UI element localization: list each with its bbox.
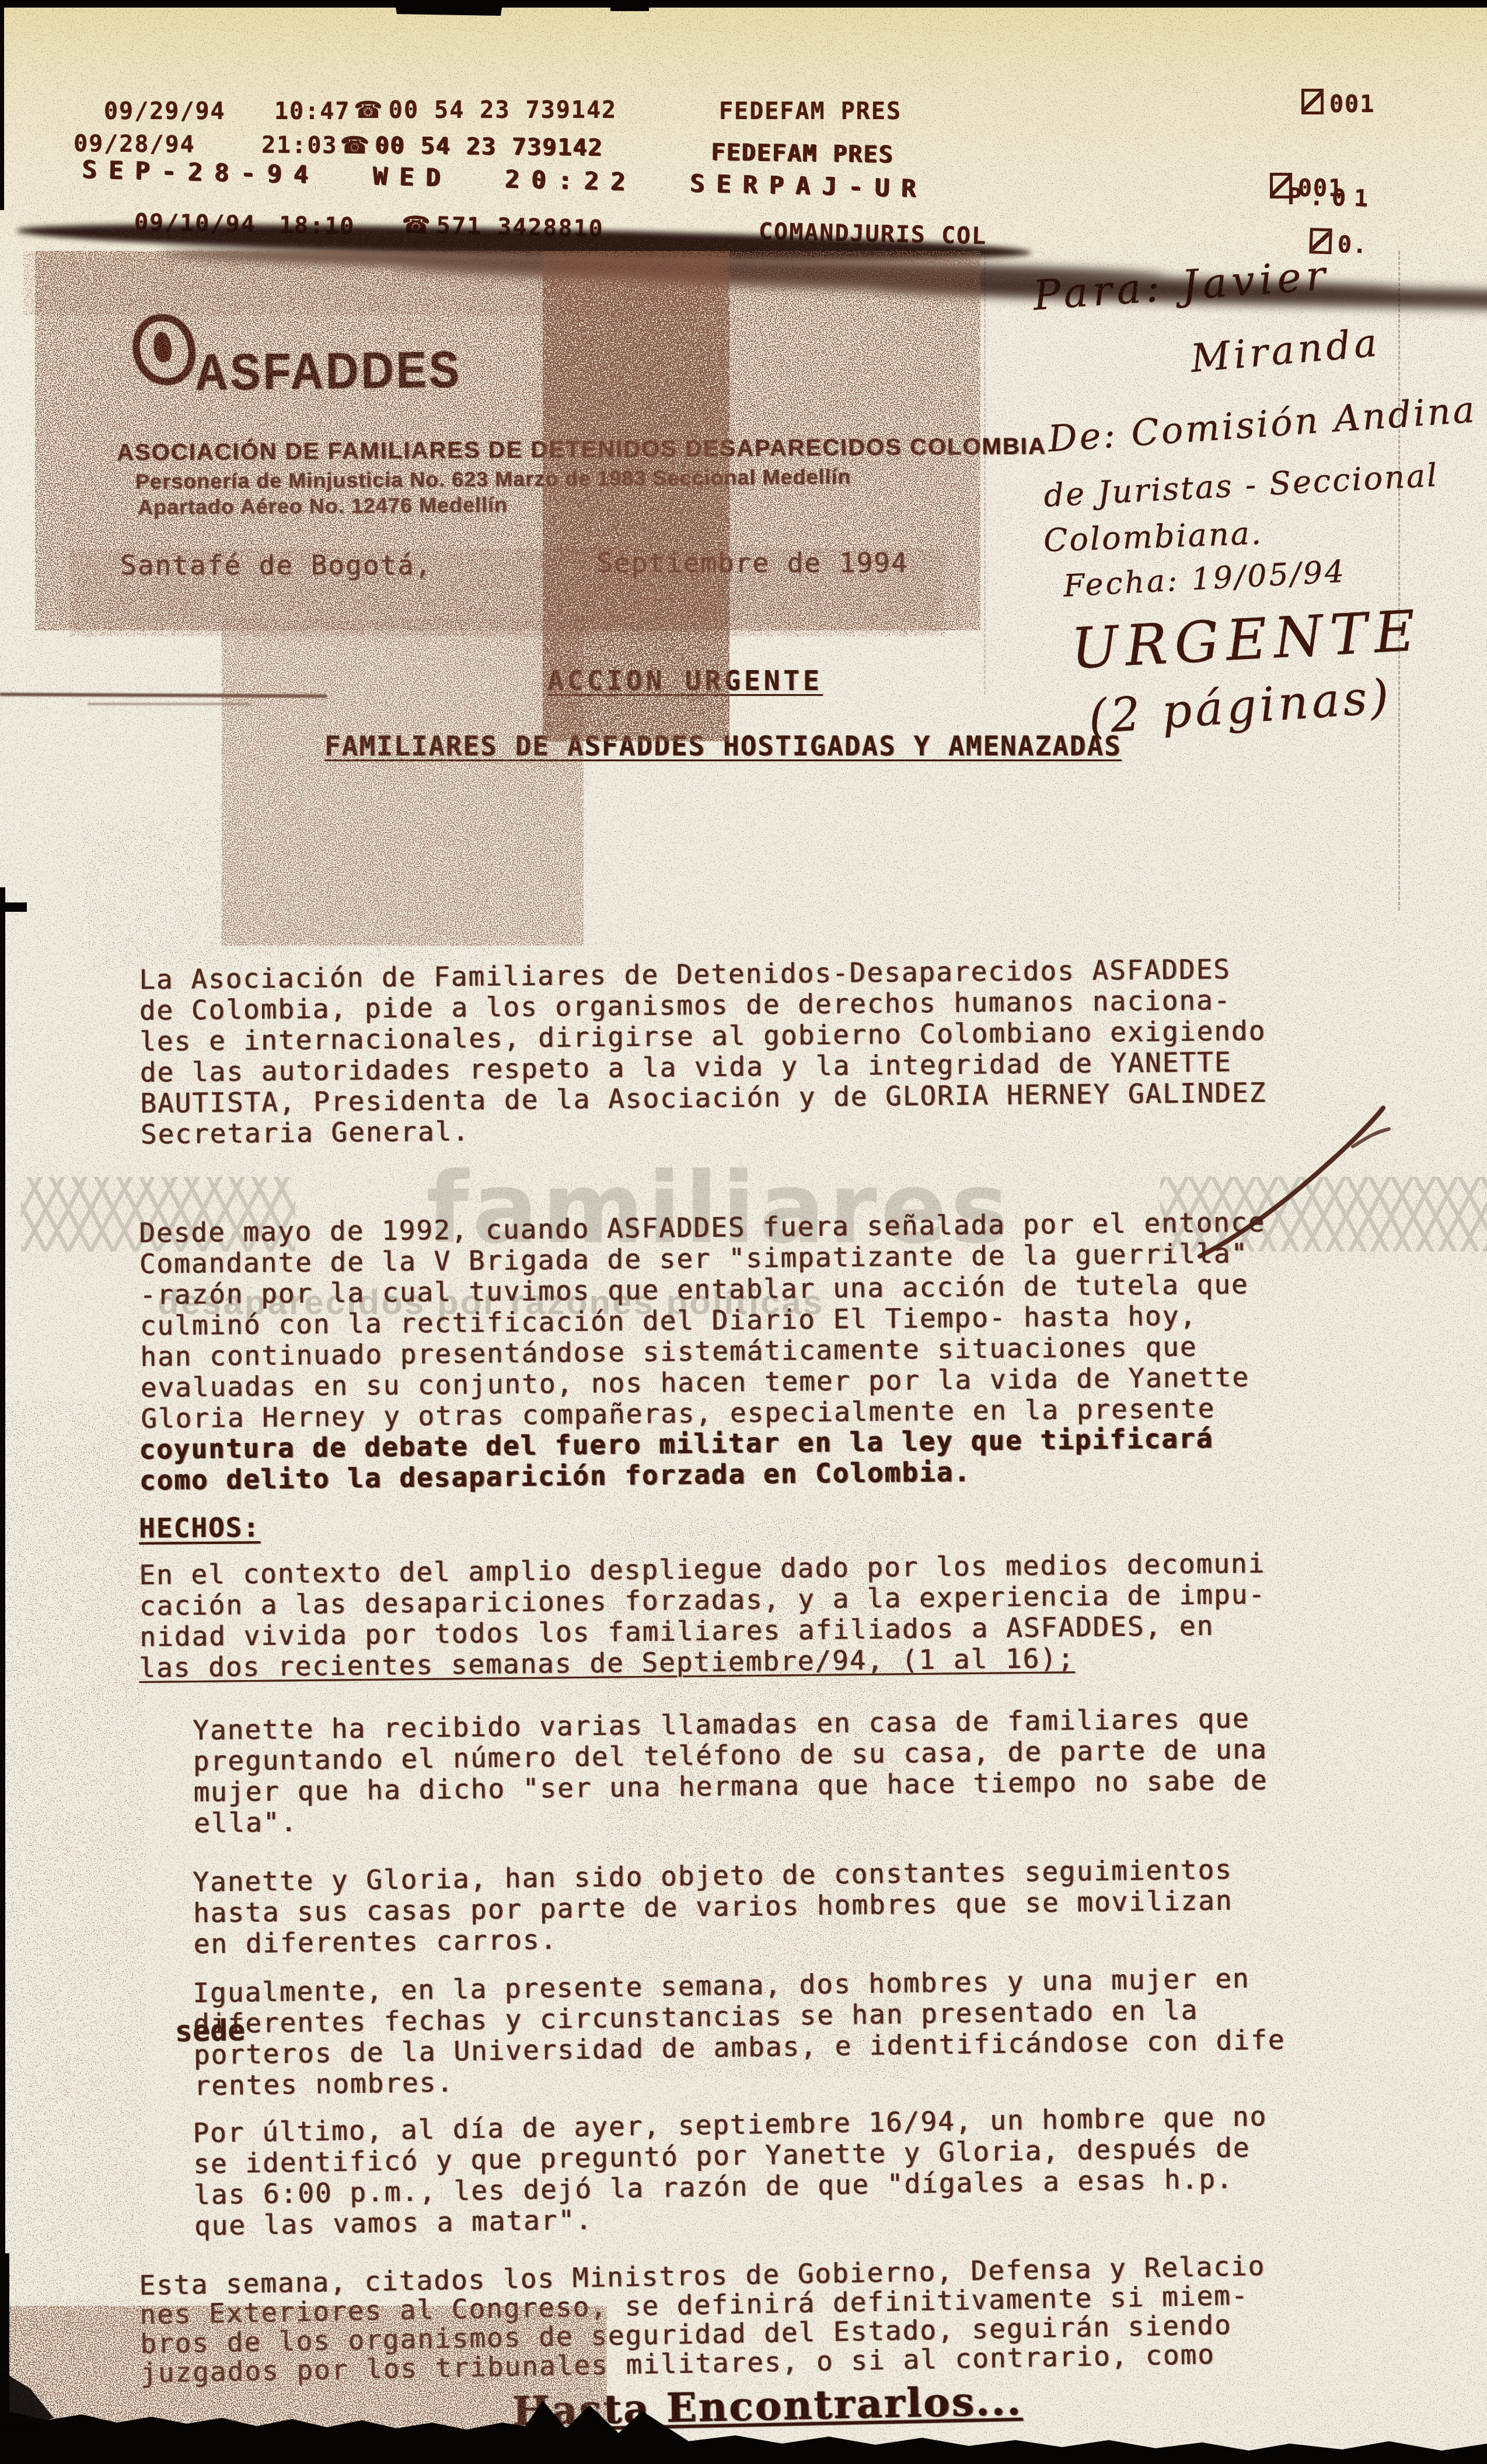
asfaddes-emblem-icon [129,311,199,389]
scan-edge-left [0,902,27,912]
note-sender-3: Colombiana. [1043,514,1263,559]
fax-document-page: 09/29/94 10:47 ☎00 54 23 739142 FEDEFAM … [0,0,1487,2464]
fax-time-2: 21:03 [261,131,338,159]
note-recipient: Para: Javier [1032,251,1332,319]
scan-streak [88,703,251,705]
note-urgent: URGENTE [1069,598,1423,681]
scan-edge-top [0,0,1487,8]
paragraph-context: En el contexto del amplio despliegue dad… [139,1548,1266,1653]
ghost-overprint-word: sede [175,2013,246,2048]
note-date: Fecha: 19/05/94 [1063,554,1348,604]
org-name: ASFADDES [195,340,462,402]
pen-stroke [1353,1129,1389,1146]
fax-phone-1: ☎00 54 23 739142 [354,97,617,124]
scan-streak [0,693,327,698]
section-heading-hechos: HECHOS: [139,1512,260,1544]
slogan: Hasta Encontrarlos... [512,2378,1022,2435]
phone-icon: ☎ [340,132,370,159]
paragraph-background: Desde mayo de 1992, cuando ASFADDES fuer… [139,1207,1268,1434]
phone-icon: ☎ [354,97,384,124]
org-subtitle-2: Personería de Minjusticia No. 623 Marzo … [135,465,851,494]
dateline-date: Septiembre de 1994 [596,548,909,578]
scan-edge-blob [0,2370,54,2430]
note-sender: De: Comisión Andina [1046,388,1478,460]
document-title: ACCION URGENTE [547,665,823,696]
incident-item-1: Yanette ha recibido varias llamadas en c… [193,1703,1268,1839]
fax-phone-number-1: 00 54 23 739142 [389,97,617,124]
note-recipient-2: Miranda [1189,320,1382,381]
incident-item-3: Igualmente, en la presente semana, dos h… [193,1963,1286,2101]
note-page-count: (2 páginas) [1087,669,1394,744]
paragraph-closing: Esta semana, citados los Ministros de Go… [139,2251,1267,2388]
fax-time-1: 10:47 [274,98,350,125]
scan-edge-left [0,0,4,210]
page-count-icon [1301,89,1324,114]
fax-phone-number-2: 00 54 23 739142 [375,132,603,161]
note-sender-2: de Juristas - Seccional [1043,456,1440,514]
fax-station-1: FEDEFAM PRES [719,98,902,125]
fax-date-1: 09/29/94 [104,98,226,125]
paragraph-background-bold: coyuntura de debate del fuero militar en… [139,1423,1214,1496]
dateline-city: Santafé de Bogotá, [120,550,432,581]
page-count-icon [1309,228,1332,254]
document-subtitle: FAMILIARES DE ASFADDES HOSTIGADAS Y AMEN… [324,731,1122,762]
org-subtitle-1: ASOCIACIÓN DE FAMILIARES DE DETENIDOS DE… [117,433,1046,466]
fax-phone-2: ☎00 54 23 739142 [340,132,603,162]
fax-station-2: FEDEFAM PRES [711,139,894,168]
fax-page-number-1: 001 [1329,91,1375,118]
fax-pages-1: 001 [1301,89,1375,118]
fold-line-right [1398,251,1400,911]
scan-edge-left [0,2253,9,2464]
scan-edge-tab [610,0,649,11]
scan-edge-tab [395,0,503,16]
fax-page-label: P.01 [1287,183,1377,212]
incident-item-2: Yanette y Gloria, han sido objeto de con… [193,1854,1233,1960]
incident-item-4: Por último, al día de ayer, septiembre 1… [193,2101,1269,2242]
fax-page-number-4: 0. [1337,231,1369,259]
org-subtitle-3: Apartado Aéreo No. 12476 Medellín [138,493,508,520]
fax-date-2: 09/28/94 [74,130,196,158]
paragraph-intro: La Asociación de Familiares de Detenidos… [139,953,1267,1150]
scan-edge-left [0,887,5,2464]
fold-line-left [984,251,986,695]
